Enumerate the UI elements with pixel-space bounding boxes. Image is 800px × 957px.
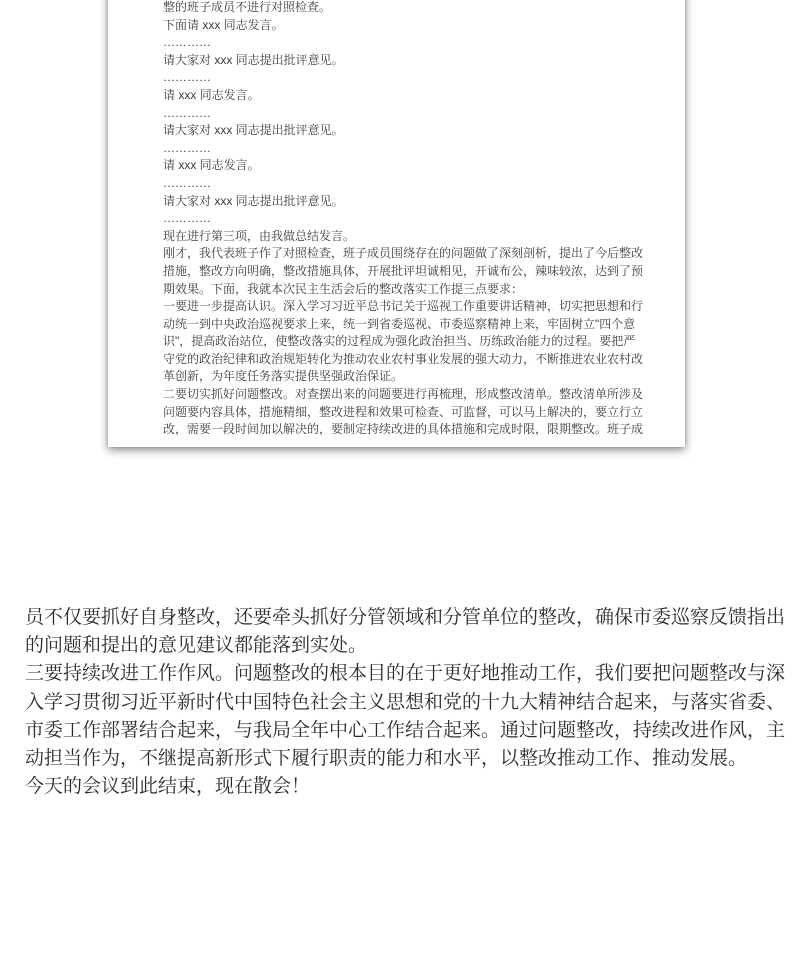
preview-text-line: 措施，整改方向明确，整改措施具体，开展批评坦诚相见，开诚布公，辣味较浓，达到了预 xyxy=(163,263,653,281)
article-text-line: 员不仅要抓好自身整改，还要牵头抓好分管领域和分管单位的整改，确保市委巡察反馈指出 xyxy=(25,604,790,632)
preview-text-line: 请 xxx 同志发言。 xyxy=(163,157,653,175)
preview-text-line: ………… xyxy=(163,210,653,228)
preview-text-line: ………… xyxy=(163,175,653,193)
preview-text-line: 动统一到中央政治巡视要求上来，统一到省委巡视、市委巡察精神上来，牢固树立"四个意 xyxy=(163,316,653,334)
document-preview-text: 整的班子成员不进行对照检查。下面请 xxx 同志发言。…………请大家对 xxx … xyxy=(163,0,653,439)
preview-text-line: 改，需要一段时间加以解决的，要制定持续改进的具体措施和完成时限，限期整改。班子成 xyxy=(163,421,653,439)
page-root: 整的班子成员不进行对照检查。下面请 xxx 同志发言。…………请大家对 xxx … xyxy=(0,0,800,957)
preview-text-line: 下面请 xxx 同志发言。 xyxy=(163,17,653,35)
preview-text-line: ………… xyxy=(163,140,653,158)
article-text-line: 入学习贯彻习近平新时代中国特色社会主义思想和党的十九大精神结合起来，与落实省委、 xyxy=(25,689,790,717)
preview-text-line: 守党的政治纪律和政治规矩转化为推动农业农村事业发展的强大动力，不断推进农业农村改 xyxy=(163,351,653,369)
document-preview-page: 整的班子成员不进行对照检查。下面请 xxx 同志发言。…………请大家对 xxx … xyxy=(108,0,685,447)
article-text-line: 今天的会议到此结束，现在散会！ xyxy=(25,773,790,801)
preview-text-line: ………… xyxy=(163,34,653,52)
preview-text-line: 请大家对 xxx 同志提出批评意见。 xyxy=(163,122,653,140)
preview-text-line: 请大家对 xxx 同志提出批评意见。 xyxy=(163,52,653,70)
preview-text-line: 一要进一步提高认识。深入学习习近平总书记关于巡视工作重要讲话精神，切实把思想和行 xyxy=(163,298,653,316)
preview-text-line: 期效果。下面，我就本次民主生活会后的整改落实工作提三点要求： xyxy=(163,281,653,299)
preview-text-line: 问题要内容具体，措施精细，整改进程和效果可检查、可监督，可以马上解决的，要立行立 xyxy=(163,404,653,422)
preview-text-line: ………… xyxy=(163,105,653,123)
article-text-line: 的问题和提出的意见建议都能落到实处。 xyxy=(25,632,790,660)
preview-text-line: 请 xxx 同志发言。 xyxy=(163,87,653,105)
preview-text-line: 现在进行第三项，由我做总结发言。 xyxy=(163,228,653,246)
article-text-line: 动担当作为，不继提高新形式下履行职责的能力和水平，以整改推动工作、推动发展。 xyxy=(25,745,790,773)
preview-text-line: 刚才，我代表班子作了对照检查，班子成员围绕存在的问题做了深刻剖析，提出了今后整改 xyxy=(163,245,653,263)
article-text-line: 三要持续改进工作作风。问题整改的根本目的在于更好地推动工作，我们要把问题整改与深 xyxy=(25,660,790,688)
preview-text-line: ………… xyxy=(163,69,653,87)
preview-text-line: 整的班子成员不进行对照检查。 xyxy=(163,0,653,17)
preview-text-line: 识"，提高政治站位，使整改落实的过程成为强化政治担当、历练政治能力的过程。要把严 xyxy=(163,333,653,351)
article-text-line: 市委工作部署结合起来，与我局全年中心工作结合起来。通过问题整改，持续改进作风，主 xyxy=(25,717,790,745)
preview-text-line: 革创新，为年度任务落实提供坚强政治保证。 xyxy=(163,368,653,386)
preview-text-line: 请大家对 xxx 同志提出批评意见。 xyxy=(163,193,653,211)
article-body: 员不仅要抓好自身整改，还要牵头抓好分管领域和分管单位的整改，确保市委巡察反馈指出… xyxy=(25,604,790,801)
preview-text-line: 二要切实抓好问题整改。对查摆出来的问题要进行再梳理，形成整改清单。整改清单所涉及 xyxy=(163,386,653,404)
